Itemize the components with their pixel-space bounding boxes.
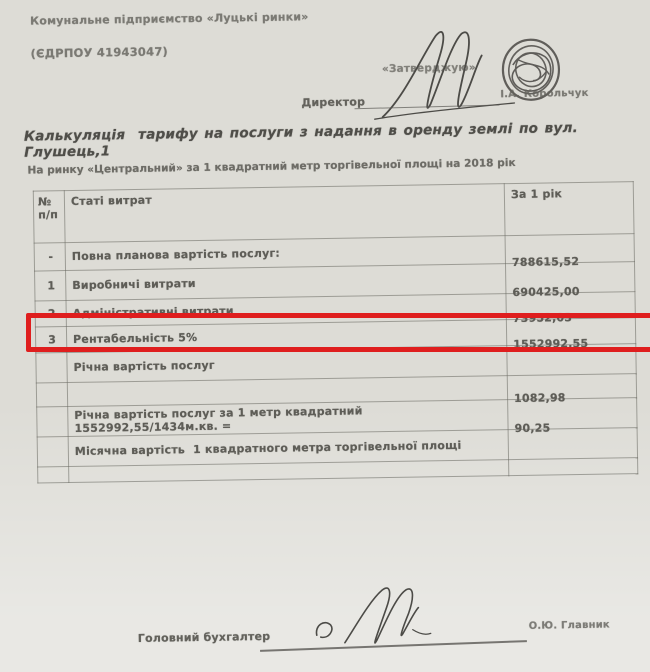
col-header-num: № п/п — [33, 191, 65, 243]
accountant-label: Головний бухгалтер — [138, 630, 271, 645]
row-num — [36, 383, 67, 407]
scanned-document-photo: { "document": { "company_line": "Комунал… — [0, 0, 650, 672]
row-value — [509, 458, 638, 476]
accountant-name: О.Ю. Главник — [529, 620, 610, 632]
company-name: Комунальне підприємство «Луцькі ринки» — [30, 10, 309, 27]
row-num — [36, 353, 67, 383]
document-content: Комунальне підприємство «Луцькі ринки» (… — [0, 0, 650, 672]
tariff-table: № п/п Статі витрат За 1 рік - Повна план… — [33, 181, 639, 483]
row-value: 90,25 — [508, 428, 637, 460]
row-num: 3 — [35, 327, 66, 353]
row-num: 2 — [35, 301, 66, 327]
col-header-value: За 1 рік — [504, 182, 634, 236]
row-num — [38, 467, 69, 483]
table-header-row: № п/п Статі витрат За 1 рік — [33, 182, 634, 243]
row-num — [37, 407, 68, 437]
col-header-item: Статі витрат — [64, 184, 505, 243]
row-value: 1552992,55 — [507, 344, 636, 376]
row-num: 1 — [35, 271, 66, 301]
document-title: Калькуляція тарифу на послуги з надання … — [24, 119, 636, 161]
row-num: - — [34, 243, 65, 271]
director-name: І.А. Корольчук — [500, 88, 588, 100]
edrpou-number: (ЄДРПОУ 41943047) — [31, 44, 169, 60]
row-num — [37, 437, 68, 467]
